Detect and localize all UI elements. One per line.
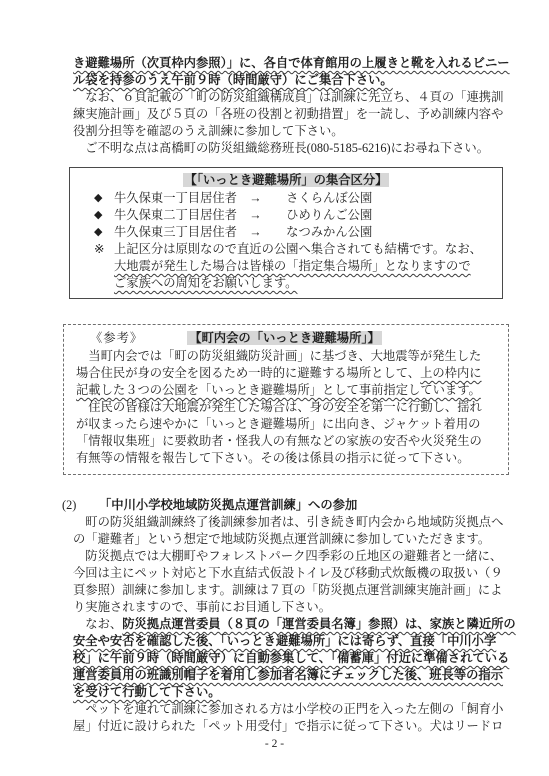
reference-box-title: 【町内会の「いっとき避難場所」】 bbox=[187, 330, 382, 347]
reference-label: 《参考》 bbox=[90, 330, 143, 347]
intro-lead-paragraph: き避難場所（次頁枠内参照）」に、各自で体育館用の上履きと靴を入れるビニー ル袋を… bbox=[73, 55, 511, 89]
section-2-paragraph-4: ペットを連れて訓練に参加される方は小学校の正門を入った左側の「飼育小 屋」付近に… bbox=[73, 701, 511, 735]
reference-paragraph-2: 住民の皆様は大地震が発生した場合は、身の安全を第一に行動し、揺れ が収まったら速… bbox=[76, 399, 496, 467]
diamond-bullet-icon: ◆ bbox=[94, 224, 114, 241]
section-2-heading-row: (2) 「中川小学校地域防災拠点運営訓練」への参加 bbox=[62, 497, 511, 514]
intro-lead-emphasis: き避難場所（次頁枠内参照）」に、各自で体育館用の上履きと靴を入れるビニー ル袋を… bbox=[73, 56, 510, 87]
assembly-note-emphasis: 大地震が発生した場合は皆様の「指定集合場所」となりますので ご家族への周知をお願… bbox=[114, 259, 471, 290]
diamond-bullet-icon: ◆ bbox=[94, 190, 114, 207]
reference-box-header: 《参考》 【町内会の「いっとき避難場所」】 bbox=[90, 330, 496, 347]
intro-paragraph-nao: なお、６頁記載の「町の防災組織構成員」は訓練に先立ち、４頁の「連携訓 練実施計画… bbox=[73, 89, 511, 140]
section-2-paragraph-1: 町の防災組織訓練終了後訓練参加者は、引き続き町内会から地域防災拠点へ の「避難者… bbox=[73, 514, 511, 548]
assembly-groups-box-title: 【「いっとき避難場所」の集合区分】 bbox=[80, 172, 492, 189]
assembly-groups-title-highlight: 【「いっとき避難場所」の集合区分】 bbox=[183, 173, 390, 187]
reference-paragraph-1: 当町内会では「町の防災組織防災計画」に基づき、大地震等が発生した 場合住民が身の… bbox=[76, 348, 496, 399]
section-2-paragraph-3: なお、防災拠点運営委員（８頁の「運営委員名簿」参照）は、家族と隣近所の 安全や安… bbox=[73, 616, 511, 701]
assembly-group-2: 牛久保東二丁目居住者 → ひめりんご公園 bbox=[114, 207, 372, 224]
assembly-note-normal: 上記区分は原則なので直近の公園へ集合されても結構です。なお、 bbox=[114, 242, 482, 256]
list-item: ◆ 牛久保東三丁目居住者 → なつみかん公園 bbox=[94, 224, 492, 241]
assembly-group-1: 牛久保東一丁目居住者 → さくらんぼ公園 bbox=[114, 190, 372, 207]
reference-box: 《参考》 【町内会の「いっとき避難場所」】 当町内会では「町の防災組織防災計画」… bbox=[63, 324, 509, 475]
section-2-heading: 「中川小学校地域防災拠点運営訓練」への参加 bbox=[99, 497, 357, 514]
assembly-note: ※ 上記区分は原則なので直近の公園へ集合されても結構です。なお、 大地震が発生し… bbox=[94, 241, 492, 292]
section-2-number: (2) bbox=[62, 497, 99, 514]
section-2-para3-emphasis: 防災拠点運営委員（８頁の「運営委員名簿」参照）は、家族と隣近所の 安全や安否を確… bbox=[73, 617, 516, 699]
list-item: ◆ 牛久保東一丁目居住者 → さくらんぼ公園 bbox=[94, 190, 492, 207]
assembly-group-3: 牛久保東三丁目居住者 → なつみかん公園 bbox=[114, 224, 372, 241]
assembly-groups-box: 【「いっとき避難場所」の集合区分】 ◆ 牛久保東一丁目居住者 → さくらんぼ公園… bbox=[69, 167, 503, 299]
section-2: (2) 「中川小学校地域防災拠点運営訓練」への参加 町の防災組織訓練終了後訓練参… bbox=[62, 497, 511, 735]
list-item: ◆ 牛久保東二丁目居住者 → ひめりんご公園 bbox=[94, 207, 492, 224]
page-number: - 2 - bbox=[0, 738, 549, 750]
reference-title-highlight: 【町内会の「いっとき避難場所」】 bbox=[187, 331, 382, 345]
reference-mark-icon: ※ bbox=[94, 241, 114, 292]
diamond-bullet-icon: ◆ bbox=[94, 207, 114, 224]
document-page: き避難場所（次頁枠内参照）」に、各自で体育館用の上履きと靴を入れるビニー ル袋を… bbox=[0, 0, 549, 776]
intro-paragraph-contact: ご不明な点は髙橋町の防災組織総務班長(080-5185-6216)にお尋ね下さい… bbox=[73, 140, 511, 157]
section-2-paragraph-2: 防災拠点では大棚町やフォレストパーク四季彩の丘地区の避難者と一緒に、 今回は主に… bbox=[73, 548, 511, 616]
page-content: き避難場所（次頁枠内参照）」に、各自で体育館用の上履きと靴を入れるビニー ル袋を… bbox=[0, 0, 549, 735]
assembly-note-body: 上記区分は原則なので直近の公園へ集合されても結構です。なお、 大地震が発生した場… bbox=[114, 241, 482, 292]
section-2-para3-prefix: なお、 bbox=[73, 617, 122, 631]
